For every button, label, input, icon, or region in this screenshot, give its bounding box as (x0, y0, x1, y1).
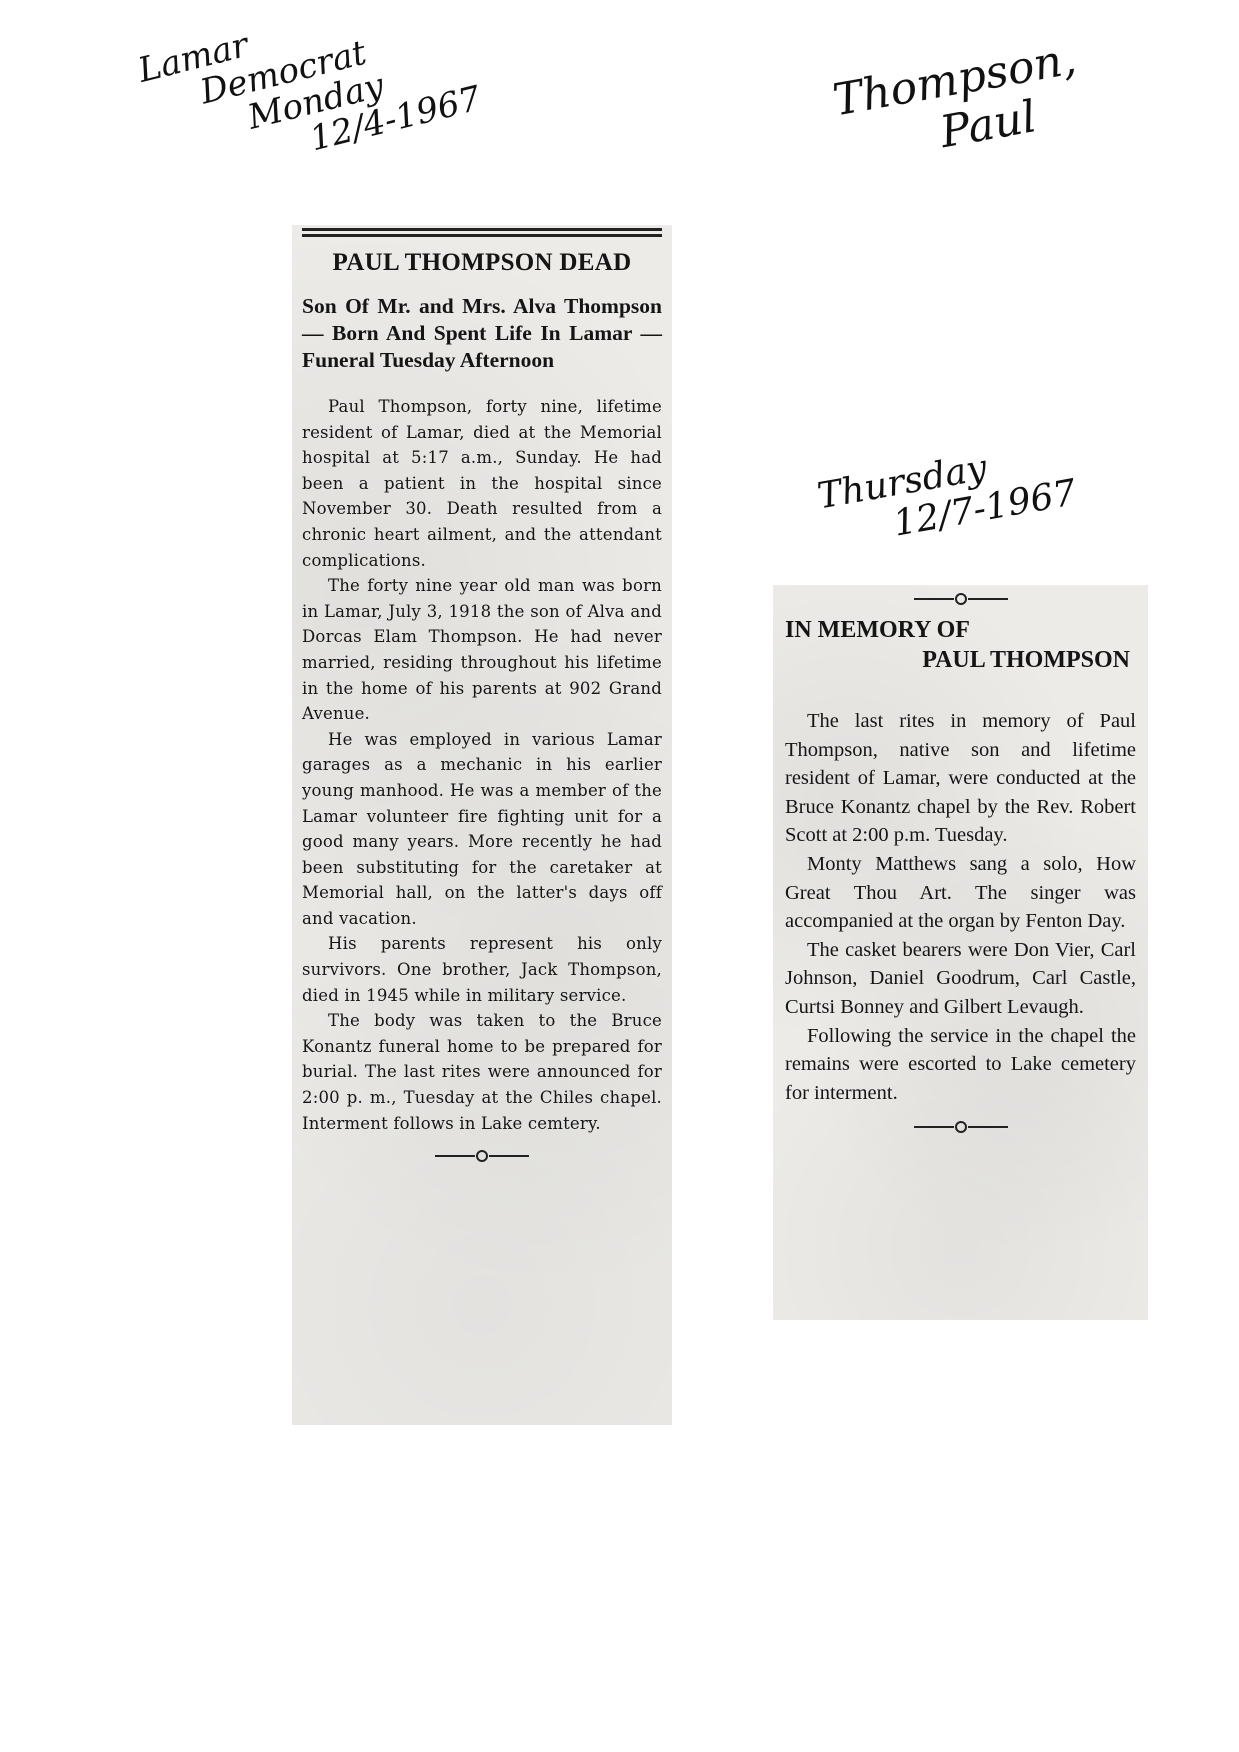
headline-line: PAUL THOMPSON (785, 645, 1136, 675)
article-headline: IN MEMORY OF PAUL THOMPSON (785, 615, 1136, 675)
article-body: Paul Thompson, forty nine, lifetime resi… (302, 394, 662, 1136)
article-paragraph: Following the service in the chapel the … (785, 1022, 1136, 1108)
article-paragraph: The casket bearers were Don Vier, Carl J… (785, 936, 1136, 1022)
article-paragraph: Monty Matthews sang a solo, How Great Th… (785, 850, 1136, 936)
article-body: The last rites in memory of Paul Thompso… (785, 707, 1136, 1107)
article-deck: Son Of Mr. and Mrs. Alva Thompson — Born… (302, 293, 662, 374)
top-ornament (785, 593, 1136, 605)
article-paragraph: He was employed in various Lamar garages… (302, 727, 662, 932)
headline-line: IN MEMORY OF (785, 615, 1136, 645)
article-paragraph: Paul Thompson, forty nine, lifetime resi… (302, 394, 662, 573)
handwritten-subject-note: Thompson, Paul (830, 37, 1088, 172)
handwritten-source-note: Lamar Democrat Monday 12/4-1967 (135, 0, 485, 195)
handwritten-date-note: Thursday 12/7-1967 (815, 436, 1079, 555)
end-ornament (302, 1150, 662, 1162)
article-paragraph: The body was taken to the Bruce Konantz … (302, 1008, 662, 1136)
article-paragraph: The last rites in memory of Paul Thompso… (785, 707, 1136, 850)
article-headline: PAUL THOMPSON DEAD (302, 249, 662, 277)
end-ornament (785, 1121, 1136, 1133)
article-paragraph: The forty nine year old man was born in … (302, 573, 662, 727)
top-rule (302, 234, 662, 237)
article-paragraph: His parents represent his only survivors… (302, 931, 662, 1008)
obituary-clipping: PAUL THOMPSON DEAD Son Of Mr. and Mrs. A… (292, 225, 672, 1425)
memorial-clipping: IN MEMORY OF PAUL THOMPSON The last rite… (773, 585, 1148, 1320)
top-rule (302, 228, 662, 231)
